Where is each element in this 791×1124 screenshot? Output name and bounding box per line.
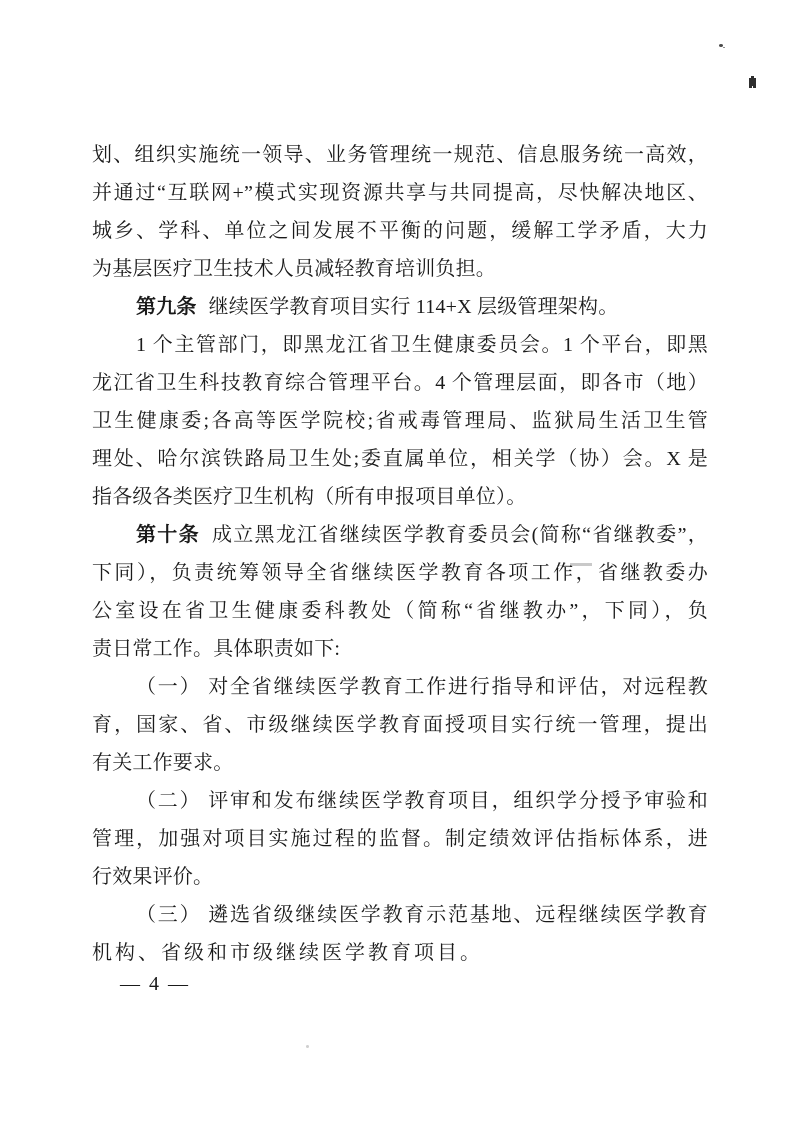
document-line: 划、组织实施统一领导、业务管理统一规范、信息服务统一高效， [92, 136, 708, 174]
document-line: 有关工作要求。 [92, 744, 708, 782]
article-number-label: 第十条 [136, 524, 200, 546]
article-text: 继续医学教育项目实行 114+X 层级管理架构。 [209, 296, 619, 318]
document-line: （一） 对全省继续医学教育工作进行指导和评估，对远程教 [92, 668, 708, 706]
document-line: 为基层医疗卫生技术人员减轻教育培训负担。 [92, 250, 708, 288]
document-line: 第九条继续医学教育项目实行 114+X 层级管理架构。 [92, 288, 708, 326]
document-line: 1 个主管部门，即黑龙江省卫生健康委员会。1 个平台，即黑 [92, 326, 708, 364]
document-line: 机构、省级和市级继续医学教育项目。 [92, 934, 708, 972]
scan-speck [719, 44, 723, 47]
document-line: 公室设在省卫生健康委科教处（简称“省继教办”，下同），负 [92, 592, 708, 630]
document-line: 指各级各类医疗卫生机构（所有申报项目单位）。 [92, 478, 708, 516]
document-line: 管理，加强对项目实施过程的监督。制定绩效评估指标体系，进 [92, 820, 708, 858]
document-line: 卫生健康委;各高等医学院校;省戒毒管理局、监狱局生活卫生管 [92, 402, 708, 440]
scan-speck [751, 76, 754, 86]
article-number-label: 第九条 [136, 296, 197, 318]
document-line: 龙江省卫生科技教育综合管理平台。4 个管理层面，即各市（地） [92, 364, 708, 402]
document-line: 城乡、学科、单位之间发展不平衡的问题，缓解工学矛盾，大力 [92, 212, 708, 250]
document-line: 并通过“互联网+”模式实现资源共享与共同提高，尽快解决地区、 [92, 174, 708, 212]
document-line: 责日常工作。具体职责如下: [92, 630, 708, 668]
scan-speck [306, 1045, 309, 1048]
document-line: 下同），负责统筹领导全省继续医学教育各项工作，省继教委办 [92, 554, 708, 592]
document-line: 行效果评价。 [92, 858, 708, 896]
document-line: （二） 评审和发布继续医学教育项目，组织学分授予审验和 [92, 782, 708, 820]
document-line: 理处、哈尔滨铁路局卫生处;委直属单位，相关学（协）会。X 是 [92, 440, 708, 478]
document-body: 划、组织实施统一领导、业务管理统一规范、信息服务统一高效， 并通过“互联网+”模… [92, 136, 708, 996]
document-line: 第十条成立黑龙江省继续医学教育委员会(简称“省继教委”， [92, 516, 708, 554]
article-text: 成立黑龙江省继续医学教育委员会(简称“省继教委”， [212, 524, 708, 546]
page-number: — 4 — [92, 972, 708, 996]
document-page: 划、组织实施统一领导、业务管理统一规范、信息服务统一高效， 并通过“互联网+”模… [0, 0, 791, 1124]
document-line: （三） 遴选省级继续医学教育示范基地、远程继续医学教育 [92, 896, 708, 934]
document-line: 育，国家、省、市级继续医学教育面授项目实行统一管理，提出 [92, 706, 708, 744]
